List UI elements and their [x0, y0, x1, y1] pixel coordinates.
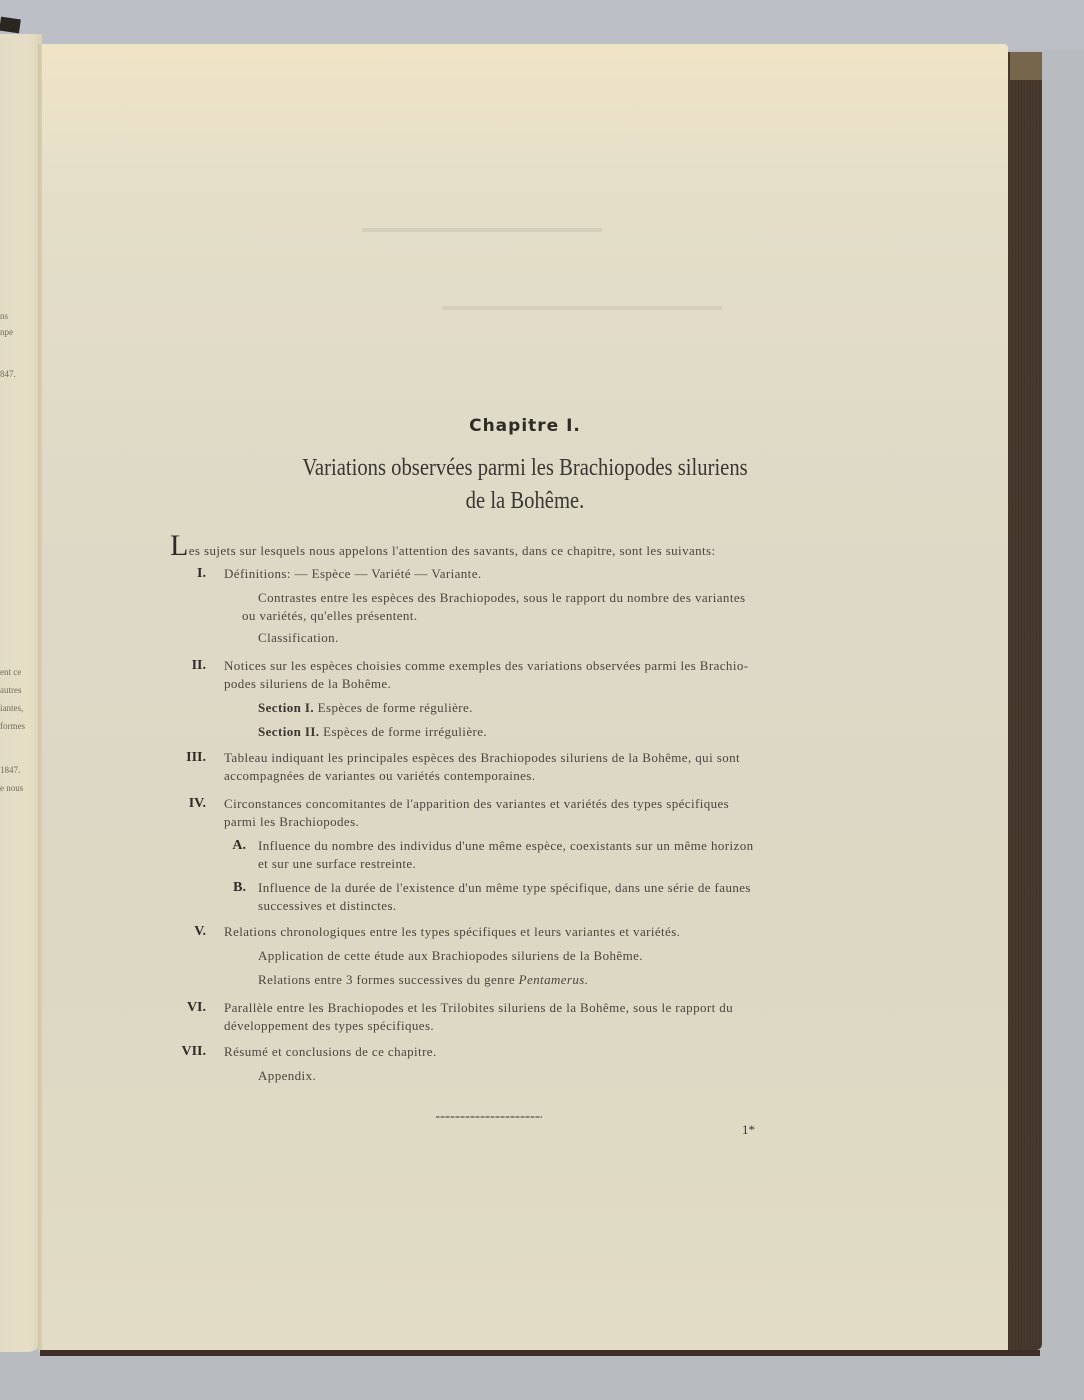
- book-cover-spine-edge: [1008, 52, 1042, 1350]
- sub-line: Relations entre 3 formes successives du …: [258, 972, 588, 988]
- item-line: parmi les Brachiopodes.: [224, 814, 359, 830]
- item-numeral: IV.: [166, 796, 206, 812]
- left-edge-fragment: ns: [0, 310, 8, 322]
- book-cover-bottom-edge: [40, 1350, 1040, 1356]
- chapter-title: Variations observées parmi les Brachiopo…: [110, 452, 941, 518]
- sub-line: Contrastes entre les espèces des Brachio…: [258, 590, 745, 606]
- intro-text: es sujets sur lesquels nous appelons l'a…: [189, 543, 716, 558]
- sub-line: Application de cette étude aux Brachiopo…: [258, 948, 643, 964]
- item-line: Tableau indiquant les principales espèce…: [224, 750, 740, 766]
- item-line: développement des types spécifiques.: [224, 1018, 434, 1034]
- sub-letter: A.: [206, 838, 246, 854]
- item-line: Définitions: — Espèce — Variété — Varian…: [224, 566, 482, 582]
- item-numeral: V.: [166, 924, 206, 940]
- left-edge-fragment: 847.: [0, 368, 16, 380]
- section-label: Section II.: [258, 724, 319, 739]
- item-numeral: III.: [166, 750, 206, 766]
- section-line: Section II. Espèces de forme irrégulière…: [258, 724, 487, 740]
- section-text: Espèces de forme régulière.: [318, 700, 473, 715]
- sub-line: Influence de la durée de l'existence d'u…: [258, 880, 751, 896]
- sub-line: Influence du nombre des individus d'une …: [258, 838, 754, 854]
- item-line: accompagnées de variantes ou variétés co…: [224, 768, 535, 784]
- left-edge-fragment: npe: [0, 326, 13, 338]
- background: [0, 0, 1084, 50]
- left-edge-fragment: formes: [0, 720, 25, 732]
- left-edge-fragment: iantes,: [0, 702, 23, 714]
- sub-letter: B.: [206, 880, 246, 896]
- item-line: Relations chronologiques entre les types…: [224, 924, 680, 940]
- item-line: Parallèle entre les Brachiopodes et les …: [224, 1000, 733, 1016]
- left-edge-fragment: ent ce: [0, 666, 21, 678]
- section-text: Espèces de forme irrégulière.: [323, 724, 487, 739]
- item-numeral: II.: [166, 658, 206, 674]
- item-line: Notices sur les espèces choisies comme e…: [224, 658, 748, 674]
- left-edge-fragment: 1847.: [0, 764, 20, 776]
- worn-cover-corner: [1010, 52, 1042, 80]
- book-page: Chapitre I. Variations observées parmi l…: [42, 44, 1008, 1350]
- section-label: Section I.: [258, 700, 314, 715]
- book-cover-corner: [0, 17, 21, 34]
- item-line: Circonstances concomitantes de l'apparit…: [224, 796, 729, 812]
- genus-name: Pentamerus.: [519, 972, 589, 987]
- bleed-through: [362, 228, 602, 232]
- sub-line: Appendix.: [258, 1068, 316, 1084]
- sub-line: successives et distinctes.: [258, 898, 397, 914]
- drop-cap: L: [170, 529, 189, 562]
- section-line: Section I. Espèces de forme régulière.: [258, 700, 473, 716]
- decorative-rule: [436, 1116, 542, 1118]
- item-numeral: VI.: [166, 1000, 206, 1016]
- bleed-through: [442, 306, 722, 310]
- sub-text: Relations entre 3 formes successives du …: [258, 972, 515, 987]
- item-numeral: VII.: [166, 1044, 206, 1060]
- left-edge-fragment: autres: [0, 684, 22, 696]
- item-line: Résumé et conclusions de ce chapitre.: [224, 1044, 437, 1060]
- intro-paragraph: Les sujets sur lesquels nous appelons l'…: [170, 536, 716, 559]
- sub-line: Classification.: [258, 630, 339, 646]
- left-page-edge: ns npe 847. ent ce autres iantes, formes…: [0, 34, 42, 1352]
- item-line: podes siluriens de la Bohême.: [224, 676, 391, 692]
- chapter-label: Chapitre I.: [42, 416, 1008, 436]
- signature-mark: 1*: [742, 1122, 755, 1138]
- chapter-title-line: Variations observées parmi les Brachiopo…: [110, 452, 941, 485]
- chapter-title-line: de la Bohême.: [110, 485, 941, 518]
- left-edge-fragment: e nous: [0, 782, 23, 794]
- sub-line: ou variétés, qu'elles présentent.: [242, 608, 417, 624]
- item-numeral: I.: [166, 566, 206, 582]
- sub-line: et sur une surface restreinte.: [258, 856, 416, 872]
